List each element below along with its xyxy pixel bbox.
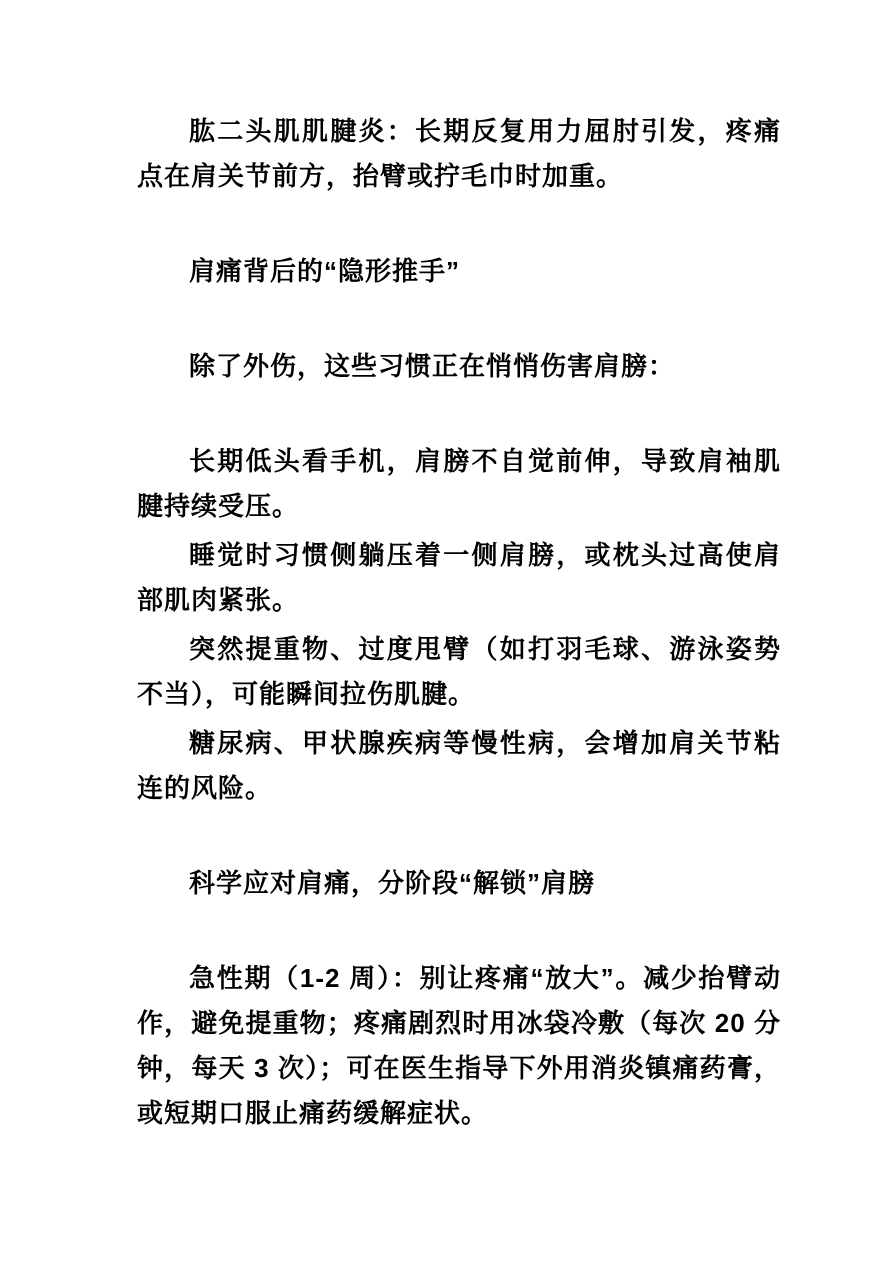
paragraph-phone-posture: 长期低头看手机，肩膀不自觉前伸，导致肩袖肌腱持续受压。 xyxy=(137,439,781,529)
paragraph-sudden-lifting: 突然提重物、过度甩臂（如打羽毛球、游泳姿势不当），可能瞬间拉伤肌腱。 xyxy=(137,627,781,717)
paragraph-habits-intro: 除了外伤，这些习惯正在悄悄伤害肩膀： xyxy=(137,344,781,389)
paragraph-acute-phase: 急性期（1-2 周）：别让疼痛“放大”。减少抬臂动作，避免提重物；疼痛剧烈时用冰… xyxy=(137,956,781,1136)
section-heading-staged-unlock: 科学应对肩痛，分阶段“解锁”肩膀 xyxy=(137,861,781,906)
blank-line xyxy=(137,815,781,861)
section-heading-hidden-culprits: 肩痛背后的“隐形推手” xyxy=(137,249,781,294)
paragraph-sleep-position: 睡觉时习惯侧躺压着一侧肩膀，或枕头过高使肩部肌肉紧张。 xyxy=(137,533,781,623)
blank-line xyxy=(137,910,781,956)
document-page: 肱二头肌肌腱炎：长期反复用力屈肘引发，疼痛点在肩关节前方，抬臂或拧毛巾时加重。 … xyxy=(0,0,893,1262)
paragraph-bicipital-tendinitis: 肱二头肌肌腱炎：长期反复用力屈肘引发，疼痛点在肩关节前方，抬臂或拧毛巾时加重。 xyxy=(137,109,781,199)
blank-line xyxy=(137,203,781,249)
blank-line xyxy=(137,298,781,344)
paragraph-chronic-disease: 糖尿病、甲状腺疾病等慢性病，会增加肩关节粘连的风险。 xyxy=(137,721,781,811)
blank-line xyxy=(137,393,781,439)
